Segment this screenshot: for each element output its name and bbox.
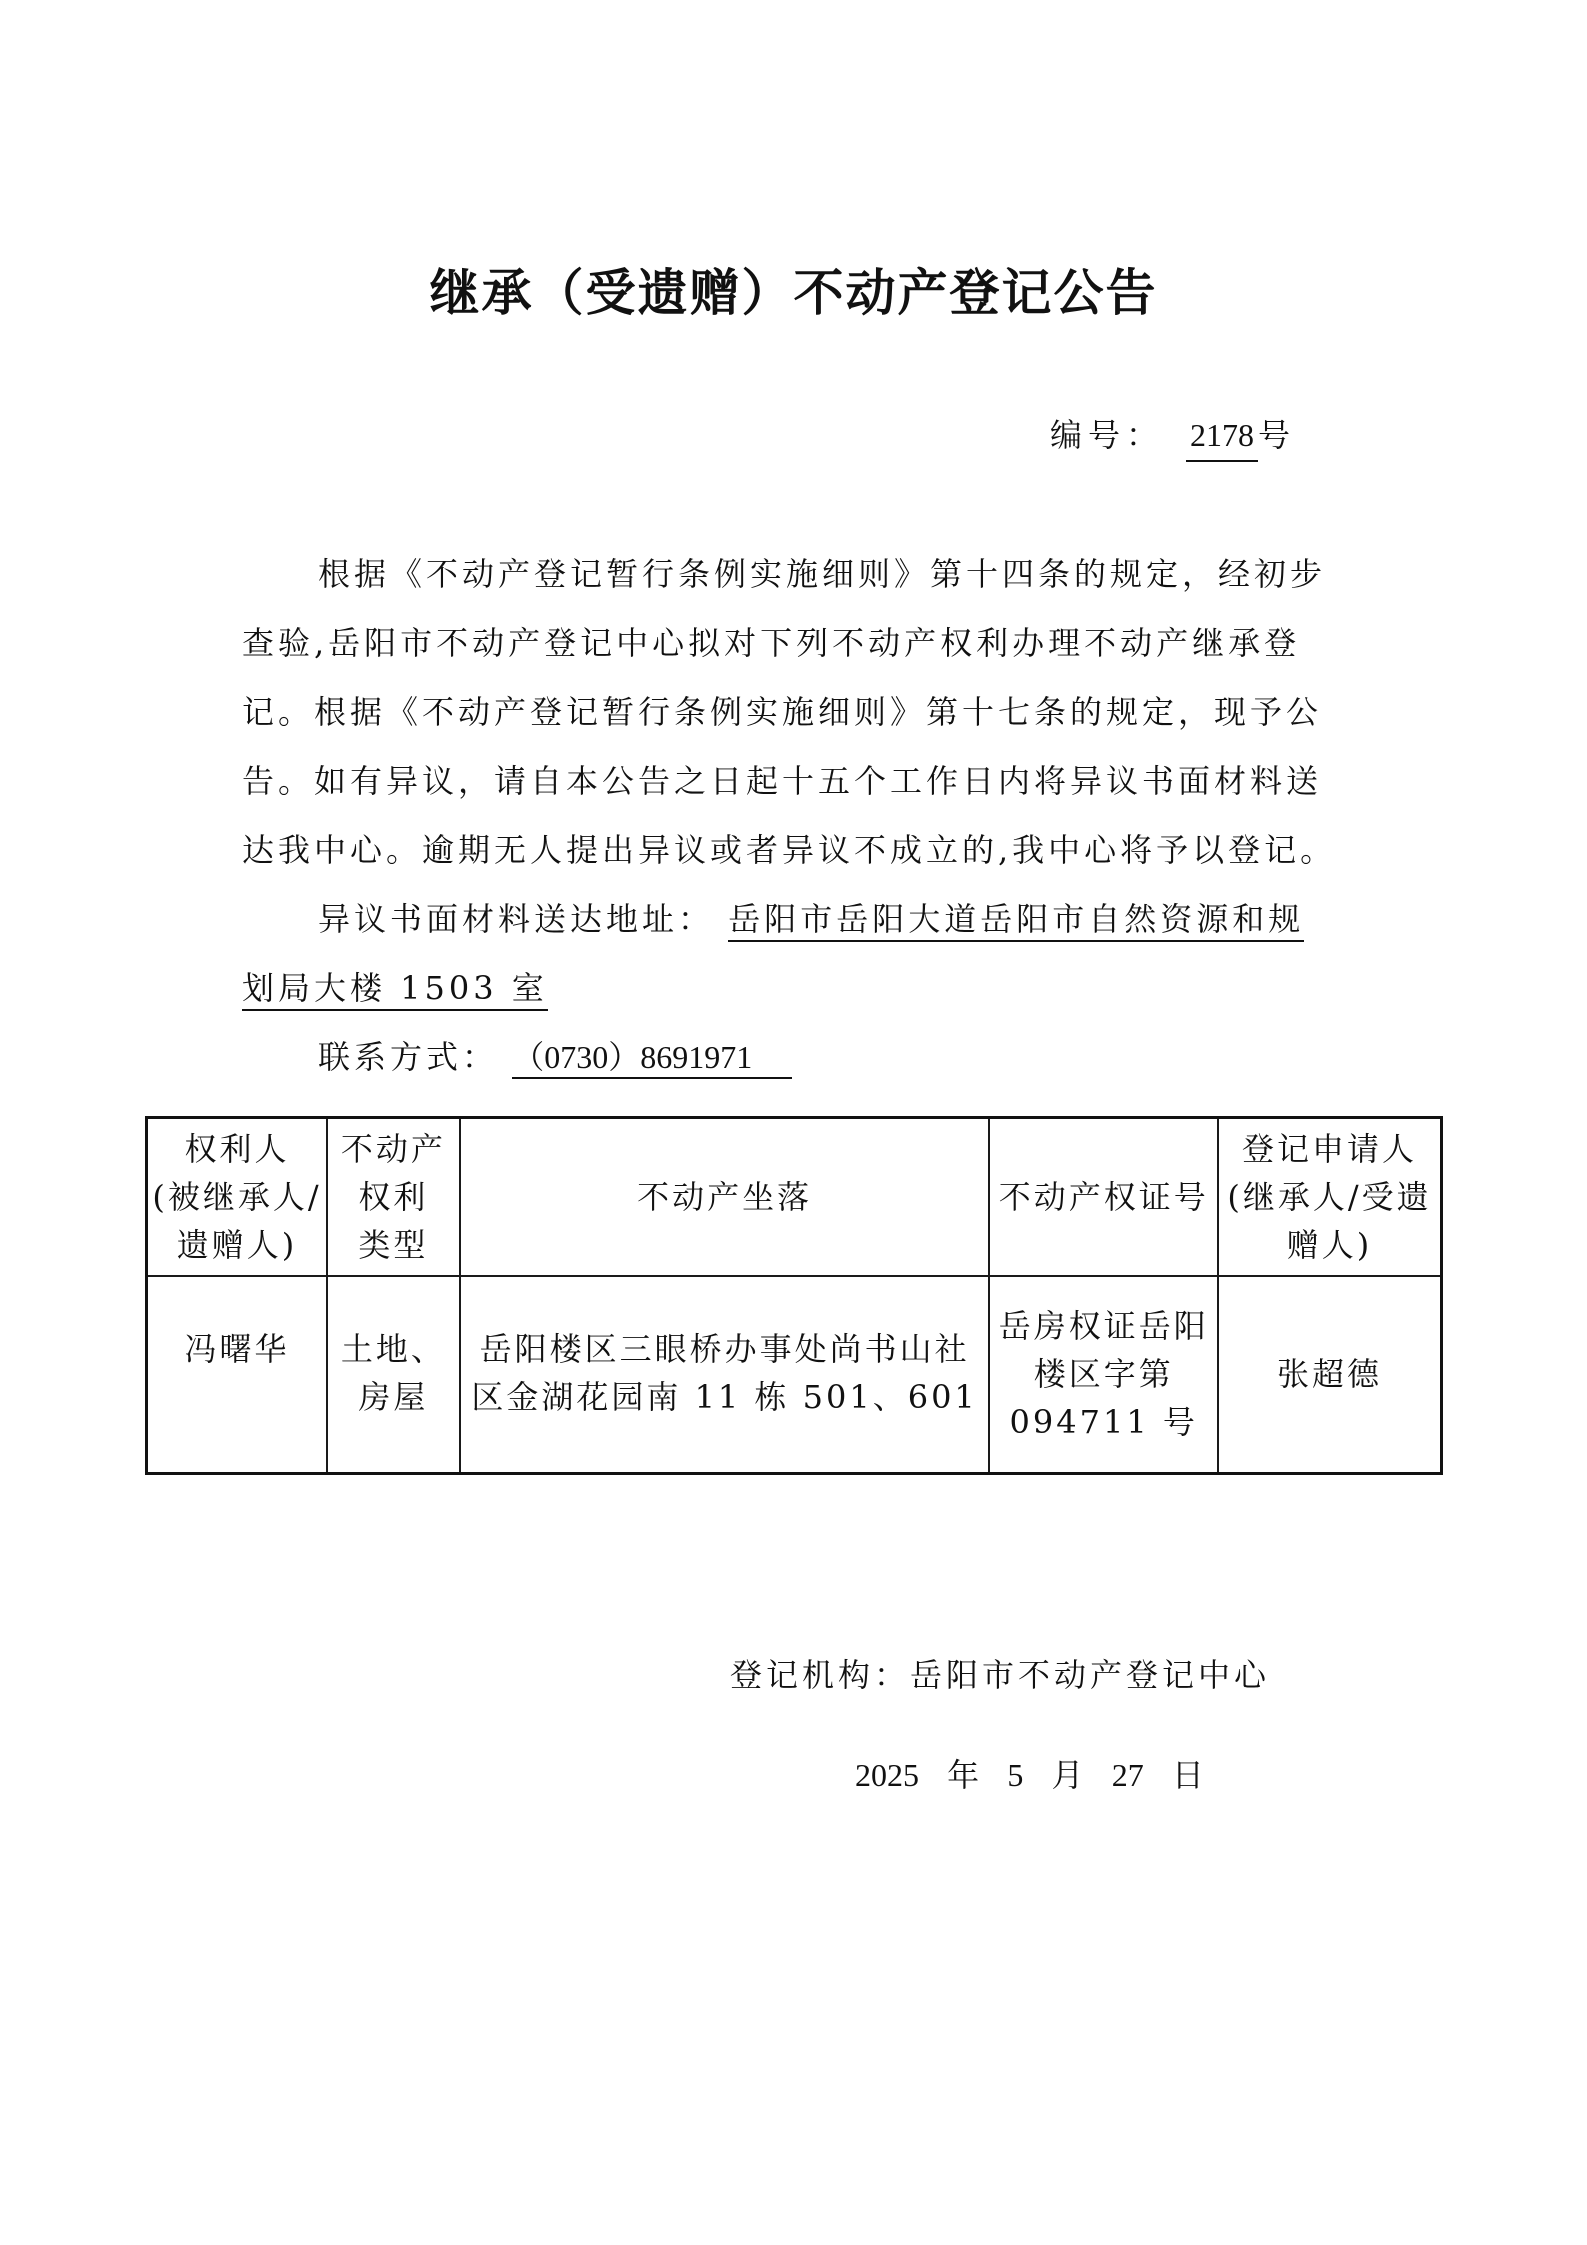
body-line: 根据《不动产登记暂行条例实施细则》第十四条的规定，经初步 — [242, 540, 1352, 609]
address-label: 异议书面材料送达地址： — [318, 900, 714, 938]
contact-line: 联系方式： （0730）8691971 — [242, 1023, 1352, 1092]
address-line-2: 划局大楼 1503 室 — [242, 954, 1352, 1023]
cell-right-type: 土地、 房屋 — [327, 1276, 460, 1474]
agency-label: 登记机构： — [730, 1656, 910, 1694]
cell-right-holder: 冯曙华 — [147, 1276, 328, 1474]
header-certificate: 不动产权证号 — [989, 1118, 1218, 1276]
notice-body: 根据《不动产登记暂行条例实施细则》第十四条的规定，经初步 查验,岳阳市不动产登记… — [242, 540, 1352, 1092]
address-value-1: 岳阳市岳阳大道岳阳市自然资源和规 — [728, 900, 1304, 942]
property-table: 权利人 (被继承人/ 遗赠人) 不动产 权利 类型 不动产坐落 不动产权证号 登… — [145, 1116, 1443, 1475]
header-right-type: 不动产 权利 类型 — [327, 1118, 460, 1276]
date-year-unit: 年 — [947, 1756, 979, 1794]
date-day-unit: 日 — [1172, 1756, 1204, 1794]
registration-agency: 登记机构：岳阳市不动产登记中心 — [730, 1650, 1270, 1700]
contact-value: （0730）8691971 — [512, 1039, 792, 1079]
date-month-unit: 月 — [1052, 1756, 1084, 1794]
date-month: 5 — [1007, 1757, 1023, 1793]
body-line: 告。如有异议，请自本公告之日起十五个工作日内将异议书面材料送 — [242, 747, 1352, 816]
header-right-holder: 权利人 (被继承人/ 遗赠人) — [147, 1118, 328, 1276]
serial-number: 编号：2178号 — [1050, 410, 1296, 462]
serial-value: 2178 — [1186, 410, 1258, 462]
serial-label: 编号： — [1050, 416, 1164, 454]
agency-name: 岳阳市不动产登记中心 — [910, 1656, 1270, 1694]
document-title: 继承（受遗赠）不动产登记公告 — [0, 258, 1587, 328]
body-line: 查验,岳阳市不动产登记中心拟对下列不动产权利办理不动产继承登 — [242, 609, 1352, 678]
date-year: 2025 — [855, 1757, 919, 1793]
date-day: 27 — [1112, 1757, 1144, 1793]
address-value-2: 划局大楼 1503 室 — [242, 969, 548, 1011]
address-line: 异议书面材料送达地址： 岳阳市岳阳大道岳阳市自然资源和规 — [242, 885, 1352, 954]
cell-location: 岳阳楼区三眼桥办事处尚书山社 区金湖花园南 11 栋 501、601 — [460, 1276, 990, 1474]
header-location: 不动产坐落 — [460, 1118, 990, 1276]
cell-certificate: 岳房权证岳阳 楼区字第 094711 号 — [989, 1276, 1218, 1474]
notice-date: 2025 年 5 月 27 日 — [855, 1750, 1222, 1800]
table-header-row: 权利人 (被继承人/ 遗赠人) 不动产 权利 类型 不动产坐落 不动产权证号 登… — [147, 1118, 1442, 1276]
body-line: 记。根据《不动产登记暂行条例实施细则》第十七条的规定，现予公 — [242, 678, 1352, 747]
body-line: 达我中心。逾期无人提出异议或者异议不成立的,我中心将予以登记。 — [242, 816, 1352, 885]
contact-label: 联系方式： — [318, 1038, 498, 1076]
serial-suffix: 号 — [1258, 416, 1296, 454]
cell-applicant: 张超德 — [1218, 1276, 1441, 1474]
header-applicant: 登记申请人 (继承人/受遗 赠人) — [1218, 1118, 1441, 1276]
table-row: 冯曙华 土地、 房屋 岳阳楼区三眼桥办事处尚书山社 区金湖花园南 11 栋 50… — [147, 1276, 1442, 1474]
